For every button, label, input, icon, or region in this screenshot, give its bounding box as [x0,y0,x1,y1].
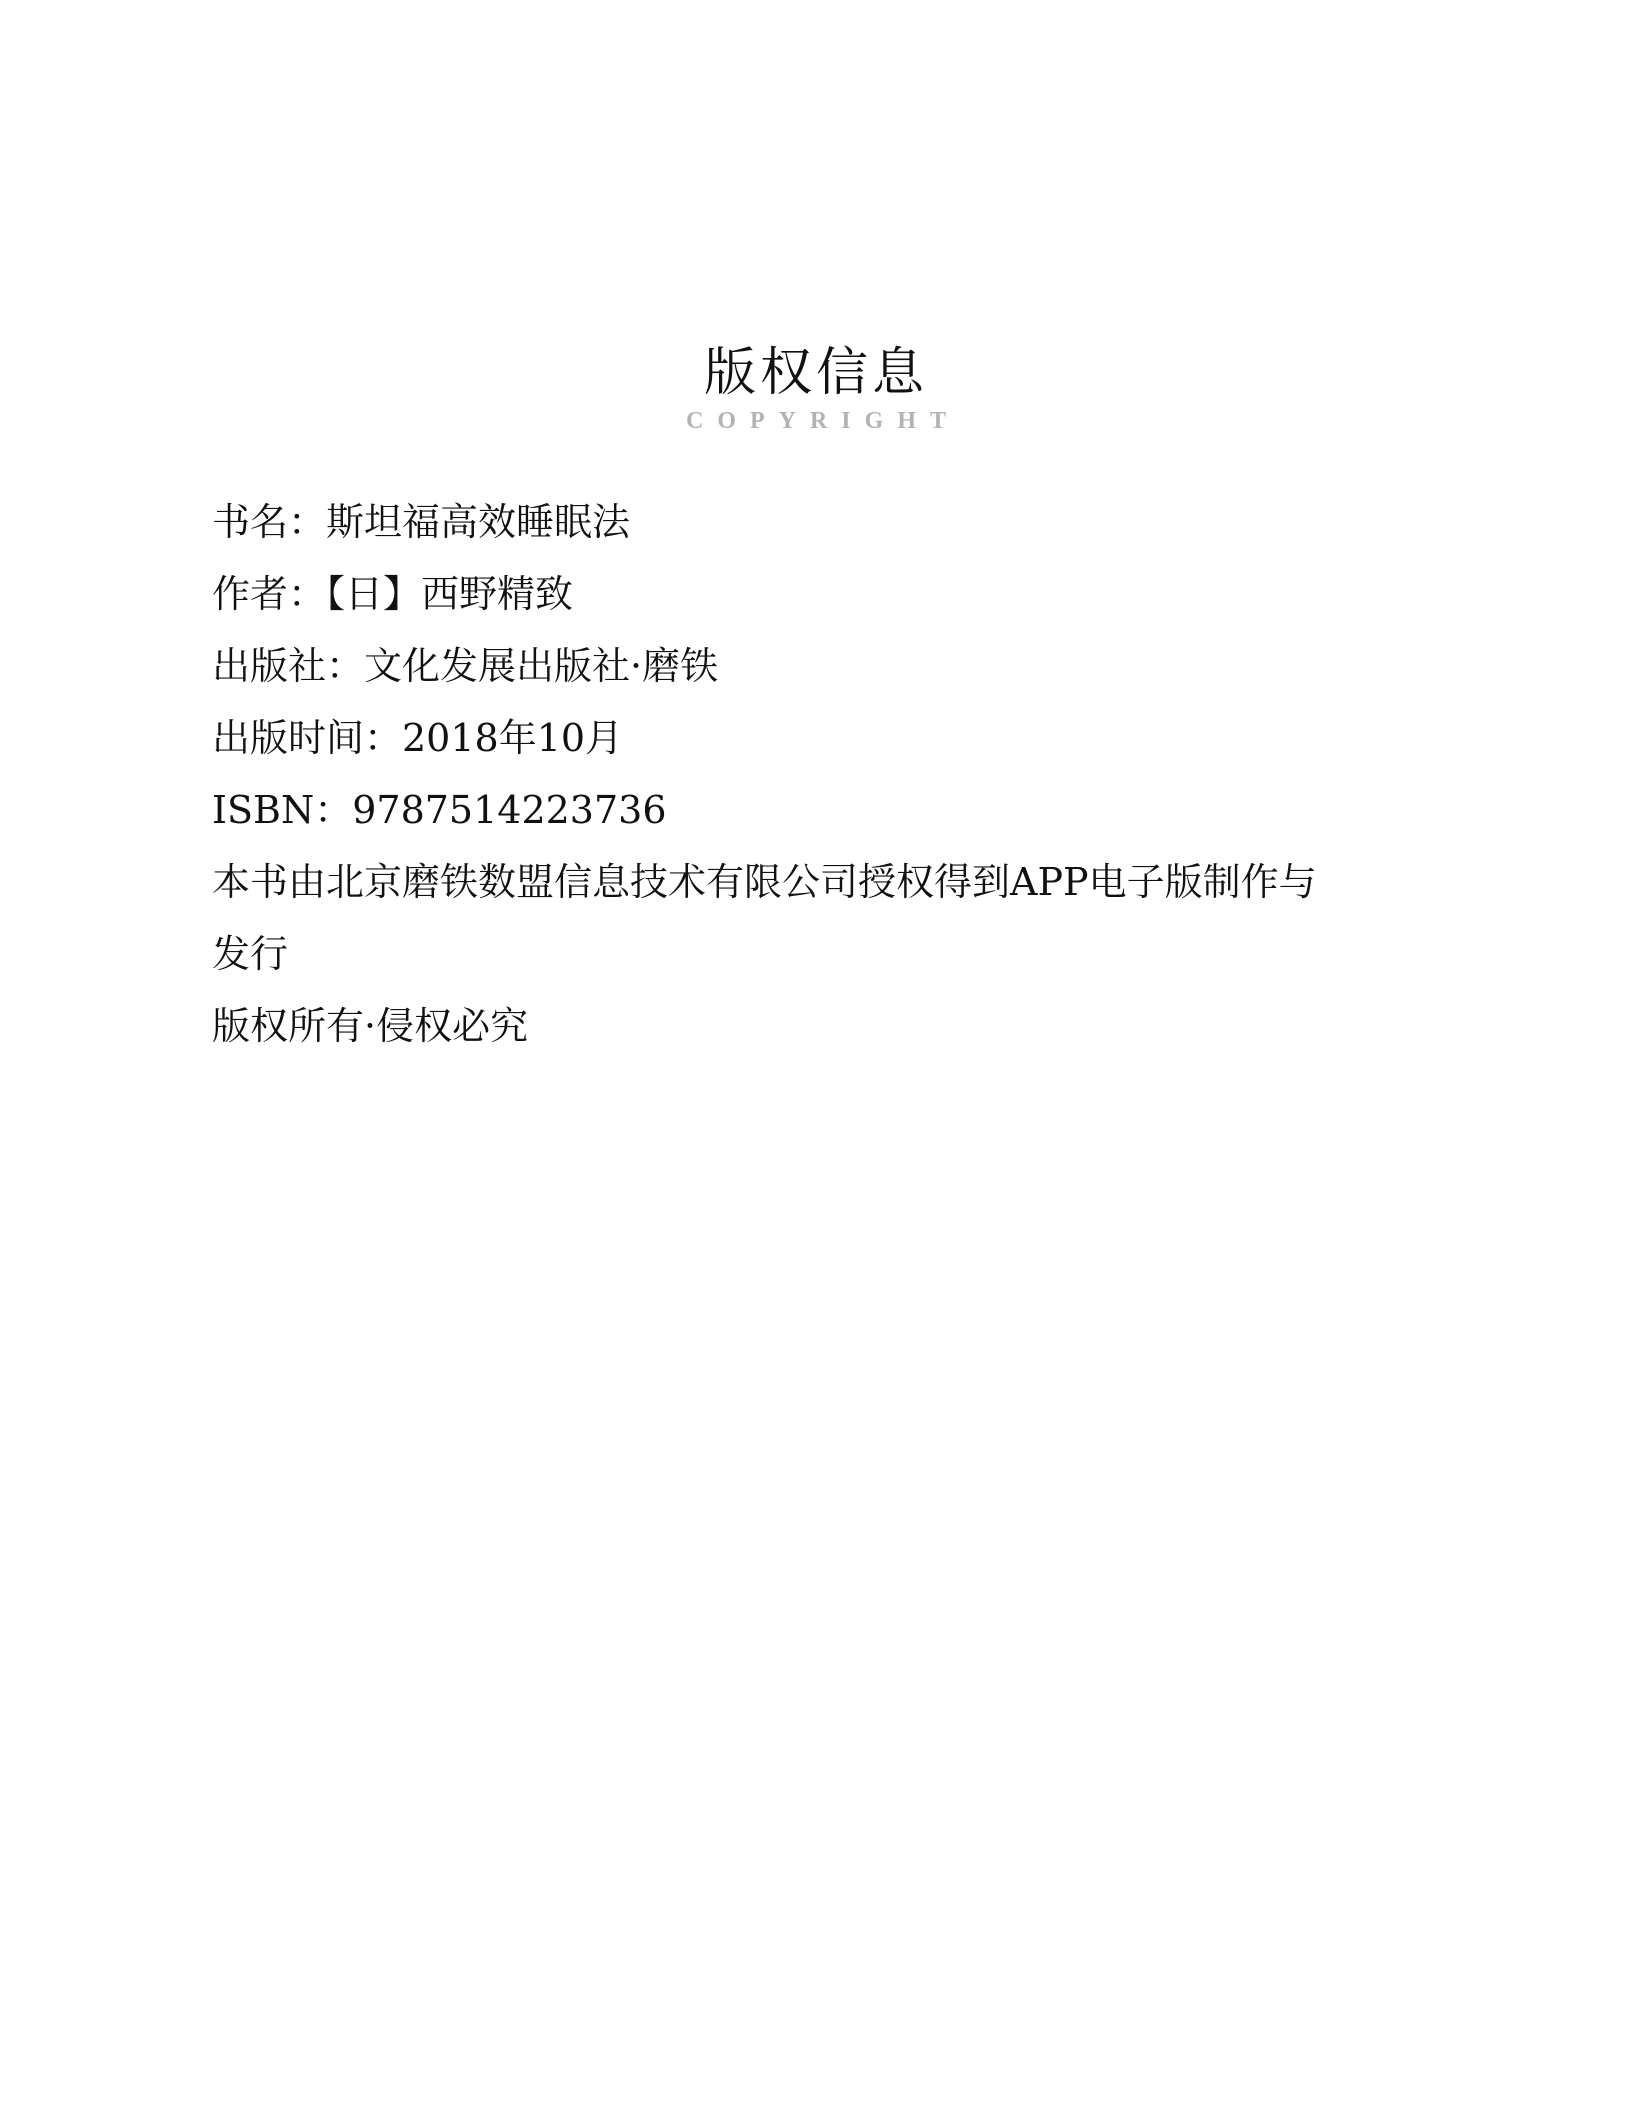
rights-statement: 版权所有·侵权必究 [212,990,1452,1062]
copyright-info: 书名：斯坦福高效睡眠法 作者：【日】西野精致 出版社：文化发展出版社·磨铁 出版… [212,486,1452,1062]
author: 作者：【日】西野精致 [212,558,1452,630]
publish-date: 出版时间：2018年10月 [212,702,1452,774]
publisher: 出版社：文化发展出版社·磨铁 [212,630,1452,702]
title-block: 版权信息 COPYRIGHT [0,340,1632,435]
license-statement-line2: 发行 [212,918,1452,990]
license-statement-line1: 本书由北京磨铁数盟信息技术有限公司授权得到APP电子版制作与 [212,846,1452,918]
page-subtitle: COPYRIGHT [0,408,1632,435]
isbn: ISBN：9787514223736 [212,774,1452,846]
page-title: 版权信息 [0,340,1632,406]
book-name: 书名：斯坦福高效睡眠法 [212,486,1452,558]
